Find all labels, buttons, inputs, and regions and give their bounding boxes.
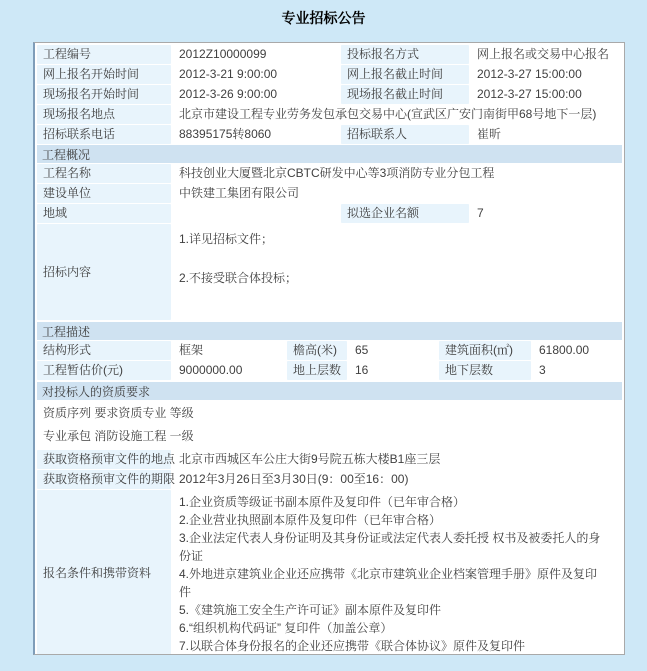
table-row-doc-place: 获取资格预审文件的地点 北京市西城区车公庄大街9号院五栋大楼B1座三层	[37, 450, 622, 469]
onsite-location-label: 现场报名地点	[37, 105, 171, 124]
onsite-deadline-label: 现场报名截止时间	[341, 85, 469, 104]
online-start-value: 2012-3-21 9:00:00	[173, 65, 339, 84]
doc-place-value: 北京市西城区车公庄大街9号院五栋大楼B1座三层	[173, 450, 622, 469]
contact-person-value: 崔昕	[471, 125, 622, 144]
table-row-region: 地域 拟选企业名额 7	[37, 204, 622, 223]
onsite-start-label: 现场报名开始时间	[37, 85, 171, 104]
table-row-estimate: 工程暂估价(元) 9000000.00 地上层数 16 地下层数 3	[37, 361, 622, 380]
table-row-online-time: 网上报名开始时间 2012-3-21 9:00:00 网上报名截止时间 2012…	[37, 65, 622, 84]
region-value	[173, 204, 339, 223]
tender-content-label: 招标内容	[37, 224, 171, 320]
contact-person-label: 招标联系人	[341, 125, 469, 144]
table-row-requirements: 报名条件和携带资料 1.企业资质等级证书副本原件及复印件（已年审合格） 2.企业…	[37, 490, 622, 655]
table-row-contact: 招标联系电话 88395175转8060 招标联系人 崔昕	[37, 125, 622, 144]
online-deadline-value: 2012-3-27 15:00:00	[471, 65, 622, 84]
table-row-tender-content: 招标内容 1.详见招标文件； 2.不接受联合体投标；	[37, 224, 622, 320]
project-name-label: 工程名称	[37, 164, 171, 183]
floors-above-label: 地上层数	[287, 361, 347, 380]
online-start-label: 网上报名开始时间	[37, 65, 171, 84]
requirement-item-2: 2.企业营业执照副本原件及复印件（已年审合格）	[179, 511, 603, 529]
online-deadline-label: 网上报名截止时间	[341, 65, 469, 84]
table-row-doc-period: 获取资格预审文件的期限 2012年3月26日至3月30日(9：00至16：00)	[37, 470, 622, 489]
doc-period-label: 获取资格预审文件的期限	[37, 470, 171, 489]
floor-area-value: 61800.00	[533, 341, 622, 360]
requirement-item-5: 5.《建筑施工安全生产许可证》副本原件及复印件	[179, 601, 603, 619]
requirement-item-1: 1.企业资质等级证书副本原件及复印件（已年审合格）	[179, 493, 603, 511]
table-row-project-number: 工程编号 2012Z10000099 投标报名方式 网上报名或交易中心报名	[37, 45, 622, 64]
page-title: 专业招标公告	[0, 8, 647, 28]
requirement-item-7: 7.以联合体身份报名的企业还应携带《联合体协议》原件及复印件	[179, 637, 603, 655]
project-number-value: 2012Z10000099	[173, 45, 339, 64]
estimate-price-value: 9000000.00	[173, 361, 285, 380]
floors-below-label: 地下层数	[439, 361, 531, 380]
doc-place-label: 获取资格预审文件的地点	[37, 450, 171, 469]
announcement-page: { "title": "专业招标公告", "basic": { "rows": …	[0, 0, 647, 671]
builder-value: 中铁建工集团有限公司	[173, 184, 622, 203]
section-title-description: 工程描述	[37, 322, 622, 340]
announcement-table: 工程编号 2012Z10000099 投标报名方式 网上报名或交易中心报名 网上…	[33, 42, 625, 655]
tender-content-line-2: 2.不接受联合体投标；	[179, 269, 622, 286]
floors-above-value: 16	[349, 361, 437, 380]
table-row-project-name: 工程名称 科技创业大厦暨北京CBTC研发中心等3项消防专业分包工程	[37, 164, 622, 183]
structure-type-label: 结构形式	[37, 341, 171, 360]
onsite-start-value: 2012-3-26 9:00:00	[173, 85, 339, 104]
section-title-qualification: 对投标人的资质要求	[37, 382, 622, 400]
section-title-overview: 工程概况	[37, 145, 622, 163]
estimate-price-label: 工程暂估价(元)	[37, 361, 171, 380]
qualification-series-value: 专业承包 消防设施工程 一级	[37, 424, 622, 446]
requirements-label: 报名条件和携带资料	[37, 490, 171, 655]
structure-type-value: 框架	[173, 341, 285, 360]
onsite-location-value: 北京市建设工程专业劳务发包承包交易中心(宣武区广安门南街甲68号地下一层)	[173, 105, 622, 124]
bid-method-label: 投标报名方式	[341, 45, 469, 64]
requirement-item-6: 6.“组织机构代码证” 复印件（加盖公章）	[179, 619, 603, 637]
doc-period-value: 2012年3月26日至3月30日(9：00至16：00)	[173, 470, 622, 489]
floors-below-value: 3	[533, 361, 622, 380]
requirement-item-4: 4.外地进京建筑业企业还应携带《北京市建筑业企业档案管理手册》原件及复印件	[179, 565, 603, 601]
tender-content-line-1: 1.详见招标文件；	[179, 230, 622, 247]
table-row-onsite-time: 现场报名开始时间 2012-3-26 9:00:00 现场报名截止时间 2012…	[37, 85, 622, 104]
table-row-onsite-location: 现场报名地点 北京市建设工程专业劳务发包承包交易中心(宣武区广安门南街甲68号地…	[37, 105, 622, 124]
eave-height-label: 檐高(米)	[287, 341, 347, 360]
eave-height-value: 65	[349, 341, 437, 360]
region-label: 地域	[37, 204, 171, 223]
contact-phone-value: 88395175转8060	[173, 125, 339, 144]
project-name-value: 科技创业大厦暨北京CBTC研发中心等3项消防专业分包工程	[173, 164, 622, 183]
requirement-item-3: 3.企业法定代表人身份证明及其身份证或法定代表人委托授 权书及被委托人的身份证	[179, 529, 603, 565]
bid-method-value: 网上报名或交易中心报名	[471, 45, 622, 64]
contact-phone-label: 招标联系电话	[37, 125, 171, 144]
project-number-label: 工程编号	[37, 45, 171, 64]
requirements-list: 1.企业资质等级证书副本原件及复印件（已年审合格） 2.企业营业执照副本原件及复…	[173, 490, 603, 655]
qualification-series-header: 资质序列 要求资质专业 等级	[37, 401, 622, 423]
table-row-builder: 建设单位 中铁建工集团有限公司	[37, 184, 622, 203]
quota-label: 拟选企业名额	[341, 204, 469, 223]
onsite-deadline-value: 2012-3-27 15:00:00	[471, 85, 622, 104]
quota-value: 7	[471, 204, 622, 223]
builder-label: 建设单位	[37, 184, 171, 203]
tender-content-value: 1.详见招标文件； 2.不接受联合体投标；	[173, 224, 622, 320]
table-row-structure: 结构形式 框架 檐高(米) 65 建筑面积(㎡) 61800.00	[37, 341, 622, 360]
floor-area-label: 建筑面积(㎡)	[439, 341, 531, 360]
